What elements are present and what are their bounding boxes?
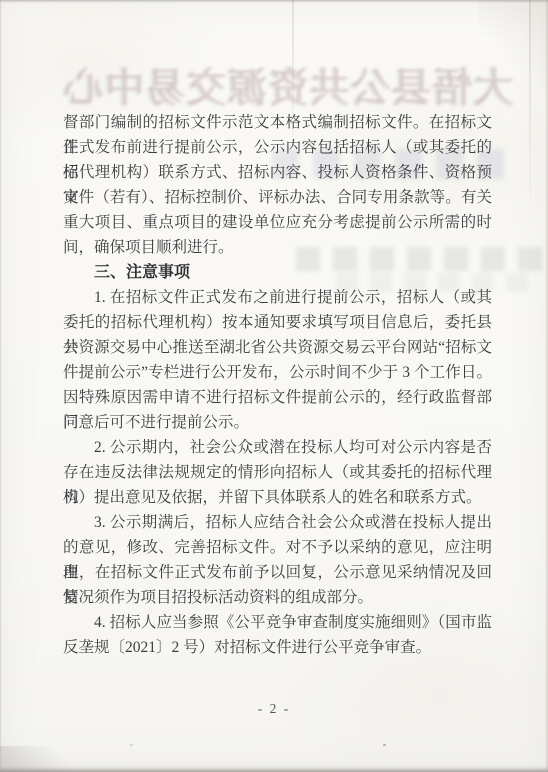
document-body: 督部门编制的招标文件示范文本格式编制招标文件。在招标文件正式发布前进行提前公示，… [63,110,492,660]
text-line: 文件（若有）、招标控制价、评标办法、合同专用条款等。有关 [63,185,492,210]
text-line: 由，在招标文件正式发布前予以回复，公示意见采纳情况及回复 [63,560,492,585]
text-line: 因特殊原因需申请不进行招标文件提前公示的，经行政监督部门 [63,385,492,410]
paper-crease [292,0,294,180]
text-line: 同意后可不进行提前公示。 [63,410,492,435]
bleedthrough-watermark: 大悟县公共资源交易中心 [62,56,514,114]
text-line: 标代理机构）联系方式、招标内容、投标人资格条件、资格预审 [63,160,492,185]
scan-edge [0,0,2,772]
text-line: 共资源交易中心推送至湖北省公共资源交易云平台网站“招标文 [63,335,492,360]
scan-speck [130,744,133,746]
text-line: 1. 在招标文件正式发布之前进行提前公示，招标人（或其 [63,285,492,310]
page-number: - 2 - [0,701,548,717]
scan-speck [383,744,386,746]
text-line: 情况须作为项目招投标活动资料的组成部分。 [63,585,492,610]
text-line: 存在违反法律法规规定的情形向招标人（或其委托的招标代理机 [63,460,492,485]
scan-edge [0,0,548,3]
text-line: 4. 招标人应当参照《公平竞争审查制度实施细则》（国市监 [63,610,492,635]
text-line: 的意见，修改、完善招标文件。对不予以采纳的意见，应注明理 [63,535,492,560]
text-line: 反垄规〔2021〕2 号）对招标文件进行公平竞争审查。 [63,635,492,660]
text-line: 间，确保项目顺利进行。 [63,235,492,260]
text-line: 重大项目、重点项目的建设单位应充分考虑提前公示所需的时 [63,210,492,235]
section-heading: 三、注意事项 [63,260,492,285]
scan-edge [0,765,548,772]
text-line: 件提前公示”专栏进行公开发布，公示时间不少于 3 个工作日。 [63,360,492,385]
scanned-document-page: 大悟县公共资源交易中心 督部门编制的招标文件示范文本格式编制招标文件。在招标文件… [0,0,548,772]
text-line: 2. 公示期内，社会公众或潜在投标人均可对公示内容是否 [63,435,492,460]
text-line: 3. 公示期满后，招标人应结合社会公众或潜在投标人提出 [63,510,492,535]
text-line: 正式发布前进行提前公示，公示内容包括招标人（或其委托的招 [63,135,492,160]
text-line: 委托的招标代理机构）按本通知要求填写项目信息后，委托县公 [63,310,492,335]
corner-shadow [478,0,548,90]
text-line: 构）提出意见及依据，并留下具体联系人的姓名和联系方式。 [63,485,492,510]
text-line: 督部门编制的招标文件示范文本格式编制招标文件。在招标文件 [63,110,492,135]
